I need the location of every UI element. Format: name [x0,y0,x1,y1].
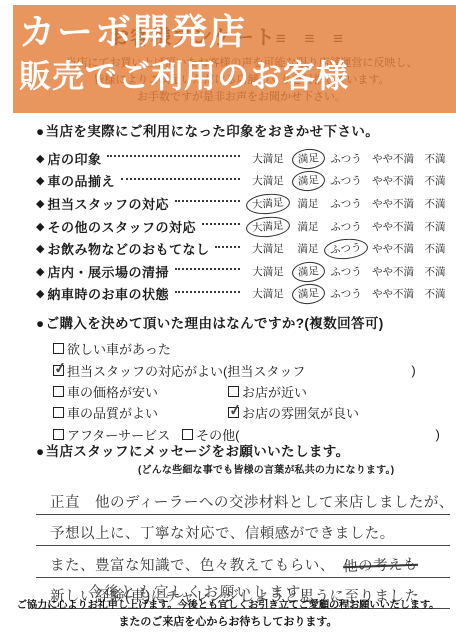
rating-options: 大満足 満足 ふつう やや不満 不満 [246,151,450,166]
checkbox[interactable]: ✓ [228,407,239,418]
rating-option[interactable]: ふつう [326,241,366,256]
rating-option[interactable]: 不満 [420,196,450,211]
rating-row-refreshments: ◆ お飲み物などのおもてなし 大満足 満足 ふつう やや不満 不満 [36,237,450,260]
rating-option[interactable]: 大満足 [246,196,290,211]
rating-option[interactable]: 不満 [420,151,450,166]
checkbox[interactable] [53,386,64,397]
checkbox-label: 車の価格が安い [67,382,158,401]
checkbox-rows: 欲しい車があった ✓ 担当スタッフの対応がよい(担当スタッフ ) 車の価格が安い… [36,338,450,445]
rating-option[interactable]: 満足 [290,196,326,211]
rating-option[interactable]: 満足 [290,219,326,234]
rating-option[interactable]: ふつう [326,264,366,279]
rating-row-shop-impression: ◆ 店の印象 大満足 満足 ふつう やや不満 不満 [36,147,450,170]
rating-option[interactable]: 不満 [420,241,450,256]
checkbox[interactable] [228,386,239,397]
diamond-bullet-icon: ◆ [36,287,44,300]
rating-option[interactable]: 大満足 [246,219,290,234]
rating-option[interactable]: 大満足 [246,264,290,279]
rating-option[interactable]: やや不満 [366,219,420,234]
rating-option[interactable]: ふつう [326,196,366,211]
dot-leader [107,154,240,157]
rating-options: 大満足 満足 ふつう やや不満 不満 [246,286,450,301]
rating-row-delivery-condition: ◆ 納車時のお車の状態 大満足 満足 ふつう やや不満 不満 [36,283,450,306]
section-heading: ●当店を実際にご利用になった印象をおきかせ下さい。 [36,120,450,140]
rating-label: その他のスタッフの対応 [47,217,196,236]
rating-option[interactable]: ふつう [326,173,366,188]
rating-label: 店の印象 [47,149,101,168]
rating-row-car-lineup: ◆ 車の品揃え 大満足 満足 ふつう やや不満 不満 [36,170,450,193]
checkbox-item-good-atmosphere: ✓ お店の雰囲気が良い [228,403,359,422]
rating-options: 大満足 満足 ふつう やや不満 不満 [246,241,450,256]
checkbox-item-staff-response: ✓ 担当スタッフの対応がよい(担当スタッフ ) [53,361,416,380]
section-message: ●当店スタッフにメッセージをお願いいたします。 (どんな些細な事でも皆様の言葉が… [36,440,450,609]
message-line-3: また、豊富な知識で、色々教えてもらい、他の考えも [36,546,450,578]
rating-option[interactable]: 大満足 [246,286,290,301]
checkbox-row: 車の価格が安い お店が近い [36,381,450,402]
check-icon: ✓ [53,358,68,378]
checkbox-label: 車の品質がよい [67,403,158,422]
diamond-bullet-icon: ◆ [36,242,44,255]
rating-label: 車の品揃え [47,171,115,190]
rating-option[interactable]: 大満足 [246,173,290,188]
checkbox-item-wanted-car: 欲しい車があった [53,339,171,358]
checkbox-row: 車の品質がよい ✓ お店の雰囲気が良い [36,402,450,423]
dot-leader [215,245,240,248]
diamond-bullet-icon: ◆ [36,265,44,278]
rating-option[interactable]: 大満足 [246,151,290,166]
dot-leader [202,222,240,225]
checkbox-item-near-shop: お店が近い [228,382,307,401]
section-bullet-icon: ● [36,124,45,139]
rating-option[interactable]: やや不満 [366,241,420,256]
dot-leader [121,177,240,180]
rating-row-other-staff: ◆ その他のスタッフの対応 大満足 満足 ふつう やや不満 不満 [36,215,450,238]
rating-options: 大満足 満足 ふつう やや不満 不満 [246,264,450,279]
promo-line-2: 販売でご利用のお客様 [19,60,349,94]
checkbox[interactable] [53,407,64,418]
message-line-5: 今後とも宜しくお願いします。 [88,581,318,602]
checkbox-label: 担当スタッフの対応がよい(担当スタッフ [67,361,305,380]
checkbox-row: ✓ 担当スタッフの対応がよい(担当スタッフ ) [36,359,450,380]
checkbox-row: 欲しい車があった [36,338,450,359]
diamond-bullet-icon: ◆ [36,197,44,210]
rating-rows: ◆ 店の印象 大満足 満足 ふつう やや不満 不満 ◆ 車の品揃え 大満足 満足… [36,147,450,305]
rating-label: 納車時のお車の状態 [47,284,169,303]
rating-option[interactable]: ふつう [326,219,366,234]
rating-options: 大満足 満足 ふつう やや不満 不満 [246,196,450,211]
rating-option[interactable]: やや不満 [366,264,420,279]
promo-line-1: カーボ開発店 [19,13,349,51]
promo-overlay-text: カーボ開発店 販売でご利用のお客様 [19,13,349,93]
section-impressions: ●当店を実際にご利用になった印象をおきかせ下さい。 ◆ 店の印象 大満足 満足 … [36,120,450,305]
rating-option[interactable]: 不満 [420,286,450,301]
rating-option[interactable]: やや不満 [366,151,420,166]
rating-option[interactable]: ふつう [326,286,366,301]
checkbox-item-good-quality: 車の品質がよい [53,403,228,422]
rating-option[interactable]: やや不満 [366,286,420,301]
message-line-1: 正直 他のディーラーへの交渉材料として来店しましたが、 [36,483,450,515]
promo-banner: お客様アンケート≡ ≡ ≡ 当店にてお買い上げ頂いたお客様の声を可能な限り店舗運… [13,5,456,113]
message-line-3-text: また、豊富な知識で、色々教えてもらい、 [50,554,335,575]
rating-option[interactable]: やや不満 [366,196,420,211]
dot-leader [175,290,240,293]
checkbox[interactable]: ✓ [53,365,64,376]
message-line-3-strikethrough: 他の考えも [342,552,418,576]
footer-line-2: またのご来店を心からお待ちしております。 [0,613,456,629]
section-bullet-icon: ● [36,316,45,331]
checkbox[interactable] [182,429,193,440]
rating-options: 大満足 満足 ふつう やや不満 不満 [246,173,450,188]
checkbox[interactable] [53,429,64,440]
rating-label: 担当スタッフの対応 [47,194,169,213]
q3-heading-text: 当店スタッフにメッセージをお願いいたします。 [46,444,350,459]
rating-option[interactable]: 満足 [290,264,326,279]
diamond-bullet-icon: ◆ [36,220,44,233]
section-bullet-icon: ● [36,444,45,459]
rating-row-cleanliness: ◆ 店内・展示場の清掃 大満足 満足 ふつう やや不満 不満 [36,260,450,283]
rating-option[interactable]: 不満 [420,219,450,234]
checkbox-label: お店が近い [242,382,307,401]
dot-leader [175,267,240,270]
q2-heading-text: ご購入を決めて頂いた理由はなんですか?(複数回答可) [46,316,384,331]
rating-option[interactable]: やや不満 [366,173,420,188]
rating-option[interactable]: 満足 [290,286,326,301]
checkbox-label: 欲しい車があった [67,339,171,358]
rating-option[interactable]: 満足 [290,173,326,188]
rating-label: 店内・展示場の清掃 [47,262,169,281]
checkbox-label: お店の雰囲気が良い [242,403,359,422]
dot-leader [175,199,240,202]
rating-option[interactable]: 大満足 [246,241,290,256]
checkbox-item-cheap-price: 車の価格が安い [53,382,228,401]
rating-option[interactable]: 満足 [290,151,326,166]
rating-option[interactable]: 満足 [290,241,326,256]
section-purchase-reasons: ●ご購入を決めて頂いた理由はなんですか?(複数回答可) 欲しい車があった ✓ 担… [36,312,450,445]
checkbox[interactable] [53,343,64,354]
diamond-bullet-icon: ◆ [36,174,44,187]
section-heading: ●当店スタッフにメッセージをお願いいたします。 [36,440,450,460]
rating-options: 大満足 満足 ふつう やや不満 不満 [246,219,450,234]
rating-option[interactable]: ふつう [326,151,366,166]
rating-row-staff-response: ◆ 担当スタッフの対応 大満足 満足 ふつう やや不満 不満 [36,192,450,215]
section-heading: ●ご購入を決めて頂いた理由はなんですか?(複数回答可) [36,312,450,332]
paren-close: ) [411,363,415,378]
q1-heading-text: 当店を実際にご利用になった印象をおきかせ下さい。 [46,124,380,139]
rating-label: お飲み物などのおもてなし [47,239,209,258]
message-note: (どんな些細な事でも皆様の言葉が私共の力になります。) [138,461,450,476]
check-icon: ✓ [228,401,243,421]
diamond-bullet-icon: ◆ [36,152,44,165]
rating-option[interactable]: 不満 [420,173,450,188]
rating-option[interactable]: 不満 [420,264,450,279]
message-line-2: 予想以上に、丁寧な対応で、信頼感ができました。 [36,515,450,547]
